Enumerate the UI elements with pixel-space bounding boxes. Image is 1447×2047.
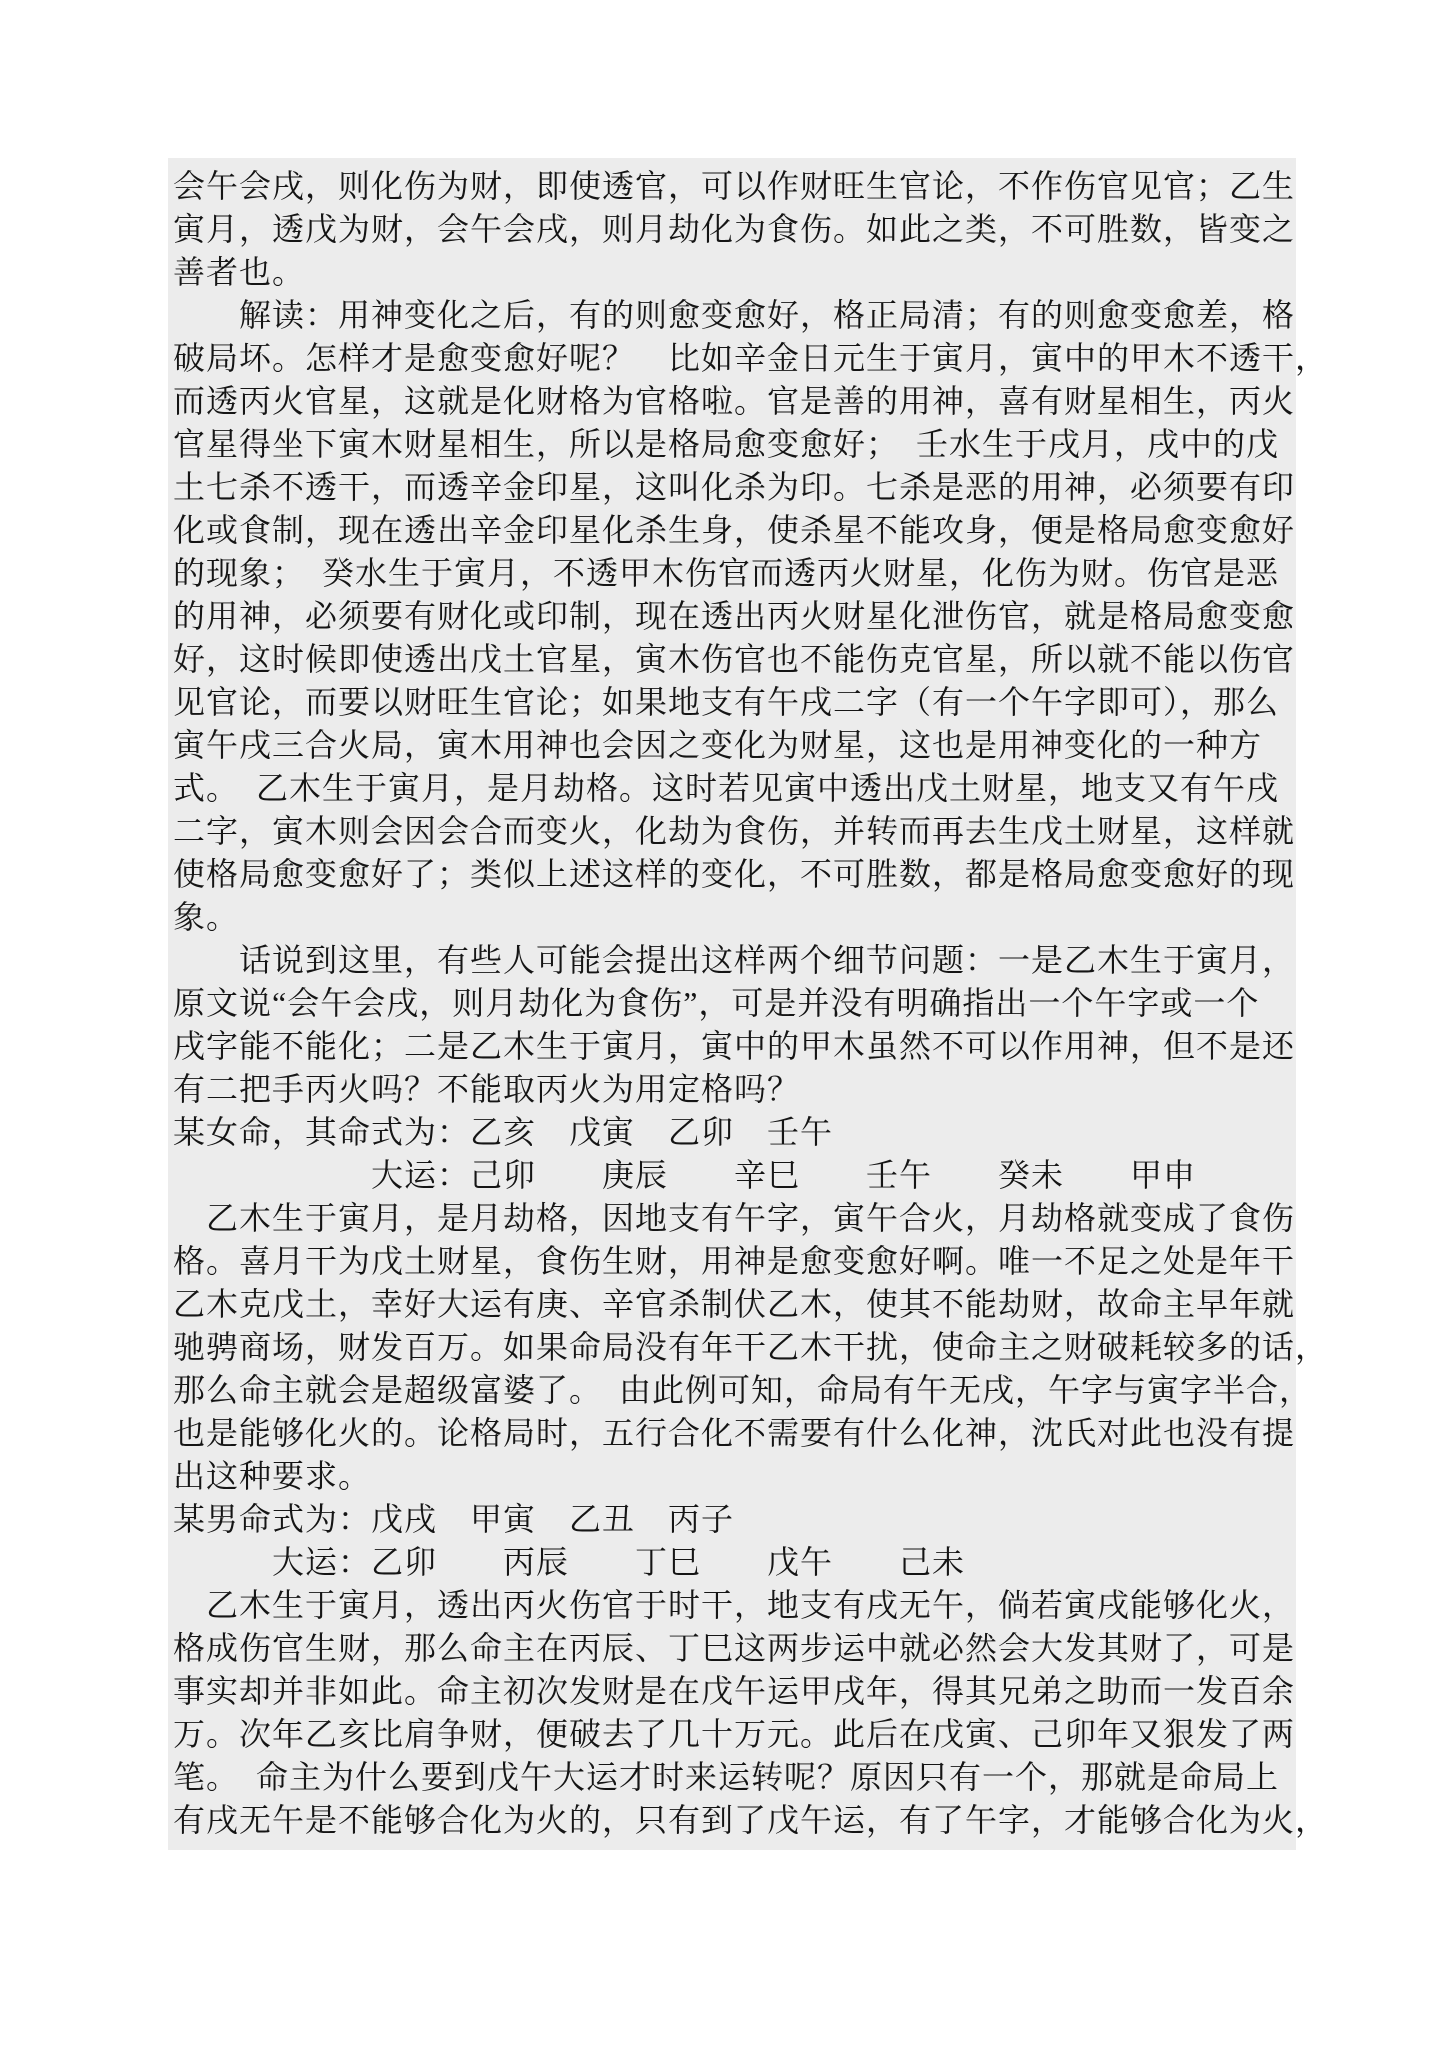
text-line-28: 驰骋商场，财发百万。如果命局没有年干乙木干扰，使命主之财破耗较多的话， [173, 1326, 1296, 1369]
text-line-2: 寅月，透戊为财，会午会戌，则月劫化为食伤。如此之类，不可胜数，皆变之 [173, 208, 1296, 251]
text-line-31: 出这种要求。 [173, 1455, 1296, 1498]
text-line-19: 话说到这里，有些人可能会提出这样两个细节问题：一是乙木生于寅月， [173, 939, 1296, 982]
text-line-32: 某男命式为：戊戌 甲寅 乙丑 丙子 [173, 1498, 1296, 1541]
text-line-22: 有二把手丙火吗？不能取丙火为用定格吗？ [173, 1068, 1296, 1111]
text-line-15: 式。 乙木生于寅月，是月劫格。这时若见寅中透出戊土财星，地支又有午戌 [173, 767, 1296, 810]
text-line-30: 也是能够化火的。论格局时，五行合化不需要有什么化神，沈氏对此也没有提 [173, 1412, 1296, 1455]
text-line-29: 那么命主就会是超级富婆了。 由此例可知，命局有午无戌，午字与寅字半合， [173, 1369, 1296, 1412]
text-line-38: 笔。 命主为什么要到戊午大运才时来运转呢？原因只有一个，那就是命局上 [173, 1756, 1296, 1799]
text-line-25: 乙木生于寅月，是月劫格，因地支有午字，寅午合火，月劫格就变成了食伤 [173, 1197, 1296, 1240]
text-line-27: 乙木克戊土，幸好大运有庚、辛官杀制伏乙木，使其不能劫财，故命主早年就 [173, 1283, 1296, 1326]
text-line-9: 化或食制，现在透出辛金印星化杀生身，使杀星不能攻身，便是格局愈变愈好 [173, 509, 1296, 552]
text-line-18: 象。 [173, 896, 1296, 939]
text-line-17: 使格局愈变愈好了；类似上述这样的变化，不可胜数，都是格局愈变愈好的现 [173, 853, 1296, 896]
text-line-35: 格成伤官生财，那么命主在丙辰、丁巳这两步运中就必然会大发其财了，可是 [173, 1627, 1296, 1670]
document-page: 会午会戌，则化伤为财，即使透官，可以作财旺生官论，不作伤官见官；乙生寅月，透戊为… [0, 0, 1447, 2047]
text-block: 会午会戌，则化伤为财，即使透官，可以作财旺生官论，不作伤官见官；乙生寅月，透戊为… [168, 158, 1296, 1850]
text-line-6: 而透丙火官星，这就是化财格为官格啦。官是善的用神，喜有财星相生，丙火 [173, 380, 1296, 423]
text-line-23: 某女命，其命式为：乙亥 戊寅 乙卯 壬午 [173, 1111, 1296, 1154]
text-line-24: 大运：己卯 庚辰 辛巳 壬午 癸未 甲申 [173, 1154, 1296, 1197]
text-line-34: 乙木生于寅月，透出丙火伤官于时干，地支有戌无午，倘若寅戌能够化火， [173, 1584, 1296, 1627]
text-line-3: 善者也。 [173, 251, 1296, 294]
text-line-13: 见官论，而要以财旺生官论；如果地支有午戌二字（有一个午字即可），那么 [173, 681, 1296, 724]
text-line-10: 的现象； 癸水生于寅月，不透甲木伤官而透丙火财星，化伤为财。伤官是恶 [173, 552, 1296, 595]
text-line-36: 事实却并非如此。命主初次发财是在戊午运甲戌年，得其兄弟之助而一发百余 [173, 1670, 1296, 1713]
text-line-16: 二字，寅木则会因会合而变火，化劫为食伤，并转而再去生戊土财星，这样就 [173, 810, 1296, 853]
text-line-5: 破局坏。怎样才是愈变愈好呢？ 比如辛金日元生于寅月，寅中的甲木不透干， [173, 337, 1296, 380]
text-line-39: 有戌无午是不能够合化为火的，只有到了戊午运，有了午字，才能够合化为火， [173, 1799, 1296, 1842]
text-line-21: 戌字能不能化；二是乙木生于寅月，寅中的甲木虽然不可以作用神，但不是还 [173, 1025, 1296, 1068]
text-line-8: 土七杀不透干，而透辛金印星，这叫化杀为印。七杀是恶的用神，必须要有印 [173, 466, 1296, 509]
text-line-14: 寅午戌三合火局，寅木用神也会因之变化为财星，这也是用神变化的一种方 [173, 724, 1296, 767]
text-line-1: 会午会戌，则化伤为财，即使透官，可以作财旺生官论，不作伤官见官；乙生 [173, 165, 1296, 208]
text-line-11: 的用神，必须要有财化或印制，现在透出丙火财星化泄伤官，就是格局愈变愈 [173, 595, 1296, 638]
text-line-7: 官星得坐下寅木财星相生，所以是格局愈变愈好； 壬水生于戌月，戌中的戊 [173, 423, 1296, 466]
text-line-37: 万。次年乙亥比肩争财，便破去了几十万元。此后在戊寅、己卯年又狠发了两 [173, 1713, 1296, 1756]
text-line-4: 解读：用神变化之后，有的则愈变愈好，格正局清；有的则愈变愈差，格 [173, 294, 1296, 337]
text-line-20: 原文说“会午会戌，则月劫化为食伤”，可是并没有明确指出一个午字或一个 [173, 982, 1296, 1025]
text-line-12: 好，这时候即使透出戊土官星，寅木伤官也不能伤克官星，所以就不能以伤官 [173, 638, 1296, 681]
text-line-26: 格。喜月干为戊土财星，食伤生财，用神是愈变愈好啊。唯一不足之处是年干 [173, 1240, 1296, 1283]
text-line-33: 大运：乙卯 丙辰 丁巳 戊午 己未 [173, 1541, 1296, 1584]
